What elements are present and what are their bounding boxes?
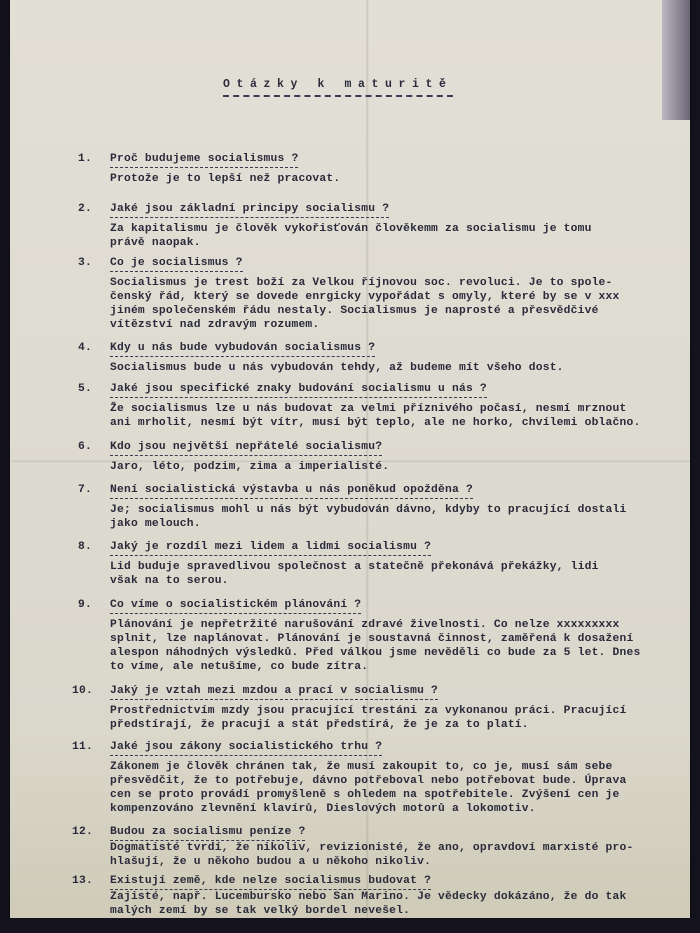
question-number: 12.: [72, 825, 102, 839]
question-number: 1.: [78, 152, 108, 166]
answer-text: Protože je to lepší než pracovat.: [110, 172, 680, 186]
question-text: Jaký je vztah mezi mzdou a prací v socia…: [110, 684, 438, 700]
answer-text: Za kapitalismu je člověk vykořisťován čl…: [110, 222, 680, 250]
question-number: 3.: [78, 256, 108, 270]
question-text: Jaké jsou základní principy socialismu ?: [110, 202, 389, 218]
question-text: Kdo jsou největší nepřátelé socialismu?: [110, 440, 382, 456]
question-number: 5.: [78, 382, 108, 396]
question-number: 10.: [72, 684, 102, 698]
question-number: 2.: [78, 202, 108, 216]
answer-text: Prostřednictvím mzdy jsou pracující tres…: [110, 704, 680, 732]
answer-text: Socialismus bude u nás vybudován tehdy, …: [110, 361, 680, 375]
question-number: 13.: [72, 874, 102, 888]
question-number: 6.: [78, 440, 108, 454]
question-text: Jaké jsou zákony socialistického trhu ?: [110, 740, 382, 756]
answer-text: Zákonem je člověk chránen tak, že musí z…: [110, 760, 680, 816]
question-text: Jaký je rozdíl mezi lidem a lidmi social…: [110, 540, 431, 556]
question-number: 8.: [78, 540, 108, 554]
document-title: Otázky k maturitě: [223, 78, 453, 97]
question-text: Jaké jsou specifické znaky budování soci…: [110, 382, 487, 398]
question-text: Co víme o socialistickém plánování ?: [110, 598, 361, 614]
answer-text: Socialismus je trest boží za Velkou říjn…: [110, 276, 680, 332]
question-text: Kdy u nás bude vybudován socialismus ?: [110, 341, 375, 357]
question-text: Budou za socialismu peníze ?: [110, 825, 305, 841]
answer-text: Lid buduje spravedlivou společnost a sta…: [110, 560, 680, 588]
answer-text: Dogmatisté tvrdí, že nikoliv, revizionis…: [110, 841, 680, 869]
answer-text: Že socialismus lze u nás budovat za velm…: [110, 402, 680, 430]
question-text: Není socialistická výstavba u nás poněku…: [110, 483, 473, 499]
folded-corner: [662, 0, 690, 120]
paper-sheet: Otázky k maturitě 1.Proč budujeme social…: [10, 0, 690, 918]
question-number: 7.: [78, 483, 108, 497]
answer-text: Zajisté, např. Lucembursko nebo San Mari…: [110, 890, 680, 918]
answer-text: Jaro, léto, podzim, zima a imperialisté.: [110, 460, 680, 474]
question-text: Co je socialismus ?: [110, 256, 243, 272]
answer-text: Plánování je nepřetržité narušování zdra…: [110, 618, 680, 674]
answer-text: Je; socialismus mohl u nás být vybudován…: [110, 503, 680, 531]
question-number: 11.: [72, 740, 102, 754]
question-text: Existují země, kde nelze socialismus bud…: [110, 874, 431, 890]
question-text: Proč budujeme socialismus ?: [110, 152, 298, 168]
background-edge: [0, 918, 700, 933]
question-number: 4.: [78, 341, 108, 355]
question-number: 9.: [78, 598, 108, 612]
